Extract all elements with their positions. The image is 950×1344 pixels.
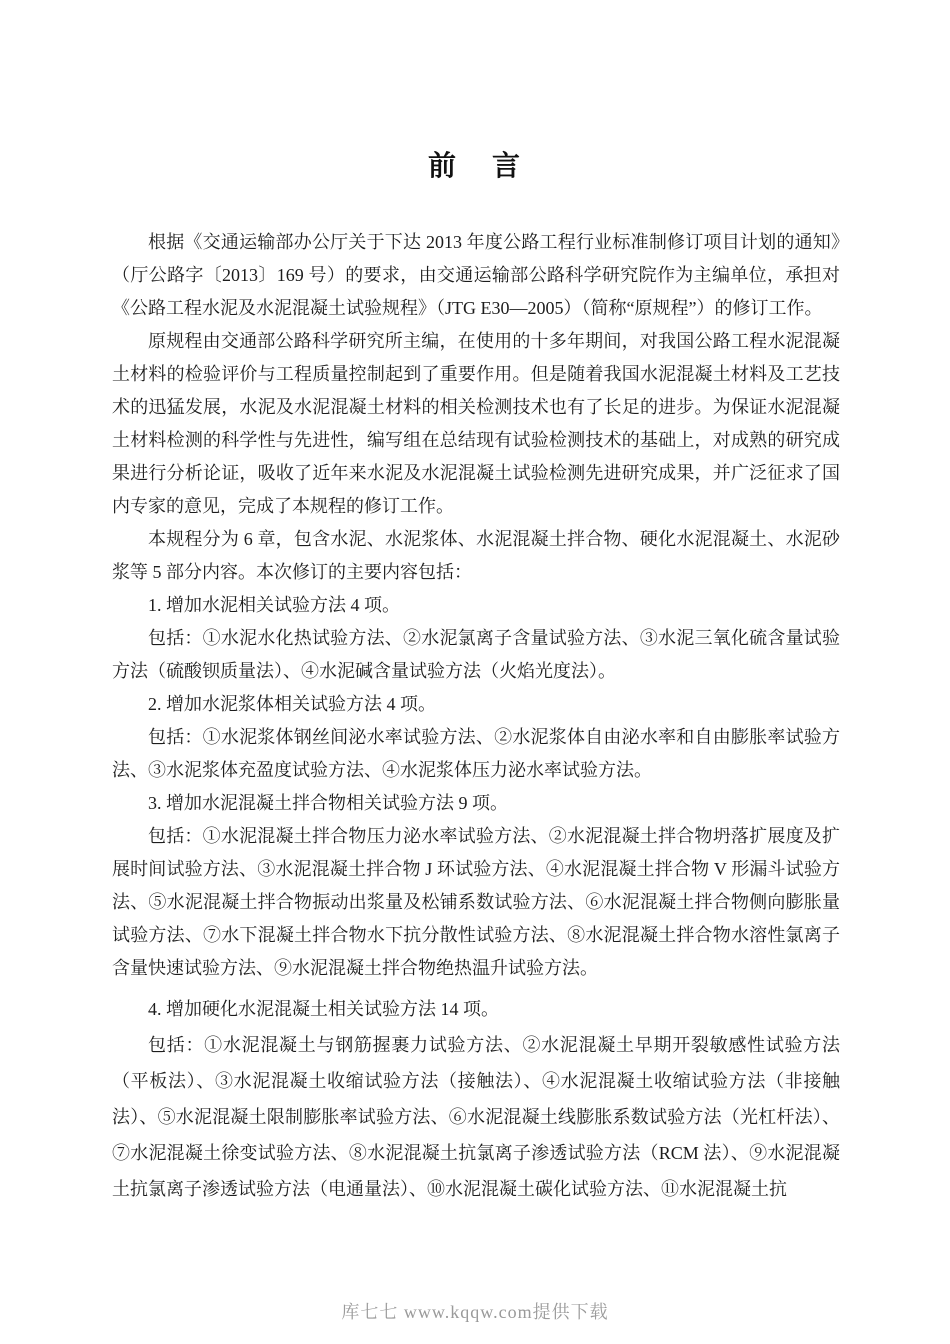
item-2-detail: 包括：①水泥浆体钢丝间泌水率试验方法、②水泥浆体自由泌水率和自由膨胀率试验方法、…: [112, 721, 840, 787]
paragraph-background: 原规程由交通部公路科学研究所主编，在使用的十多年期间，对我国公路工程水泥混凝土材…: [112, 325, 840, 523]
item-4-detail: 包括：①水泥混凝土与钢筋握裹力试验方法、②水泥混凝土早期开裂敏感性试验方法（平板…: [112, 1027, 840, 1207]
footer-watermark: 库七七 www.kqqw.com提供下载: [0, 1298, 950, 1324]
paragraph-overview: 本规程分为 6 章，包含水泥、水泥浆体、水泥混凝土拌合物、硬化水泥混凝土、水泥砂…: [112, 523, 840, 589]
preface-body: 根据《交通运输部办公厅关于下达 2013 年度公路工程行业标准制修订项目计划的通…: [112, 226, 840, 1207]
paragraph-basis: 根据《交通运输部办公厅关于下达 2013 年度公路工程行业标准制修订项目计划的通…: [112, 226, 840, 325]
item-4-heading: 4. 增加硬化水泥混凝土相关试验方法 14 项。: [112, 991, 840, 1027]
item-2-heading: 2. 增加水泥浆体相关试验方法 4 项。: [112, 688, 840, 721]
item-1-detail: 包括：①水泥水化热试验方法、②水泥氯离子含量试验方法、③水泥三氧化硫含量试验方法…: [112, 622, 840, 688]
item-3-heading: 3. 增加水泥混凝土拌合物相关试验方法 9 项。: [112, 787, 840, 820]
page-title: 前 言: [112, 148, 840, 184]
item-3-detail: 包括：①水泥混凝土拌合物压力泌水率试验方法、②水泥混凝土拌合物坍落扩展度及扩展时…: [112, 820, 840, 985]
document-page: 前 言 根据《交通运输部办公厅关于下达 2013 年度公路工程行业标准制修订项目…: [0, 0, 950, 1344]
page-content: 前 言 根据《交通运输部办公厅关于下达 2013 年度公路工程行业标准制修订项目…: [0, 0, 950, 1207]
item-1-heading: 1. 增加水泥相关试验方法 4 项。: [112, 589, 840, 622]
